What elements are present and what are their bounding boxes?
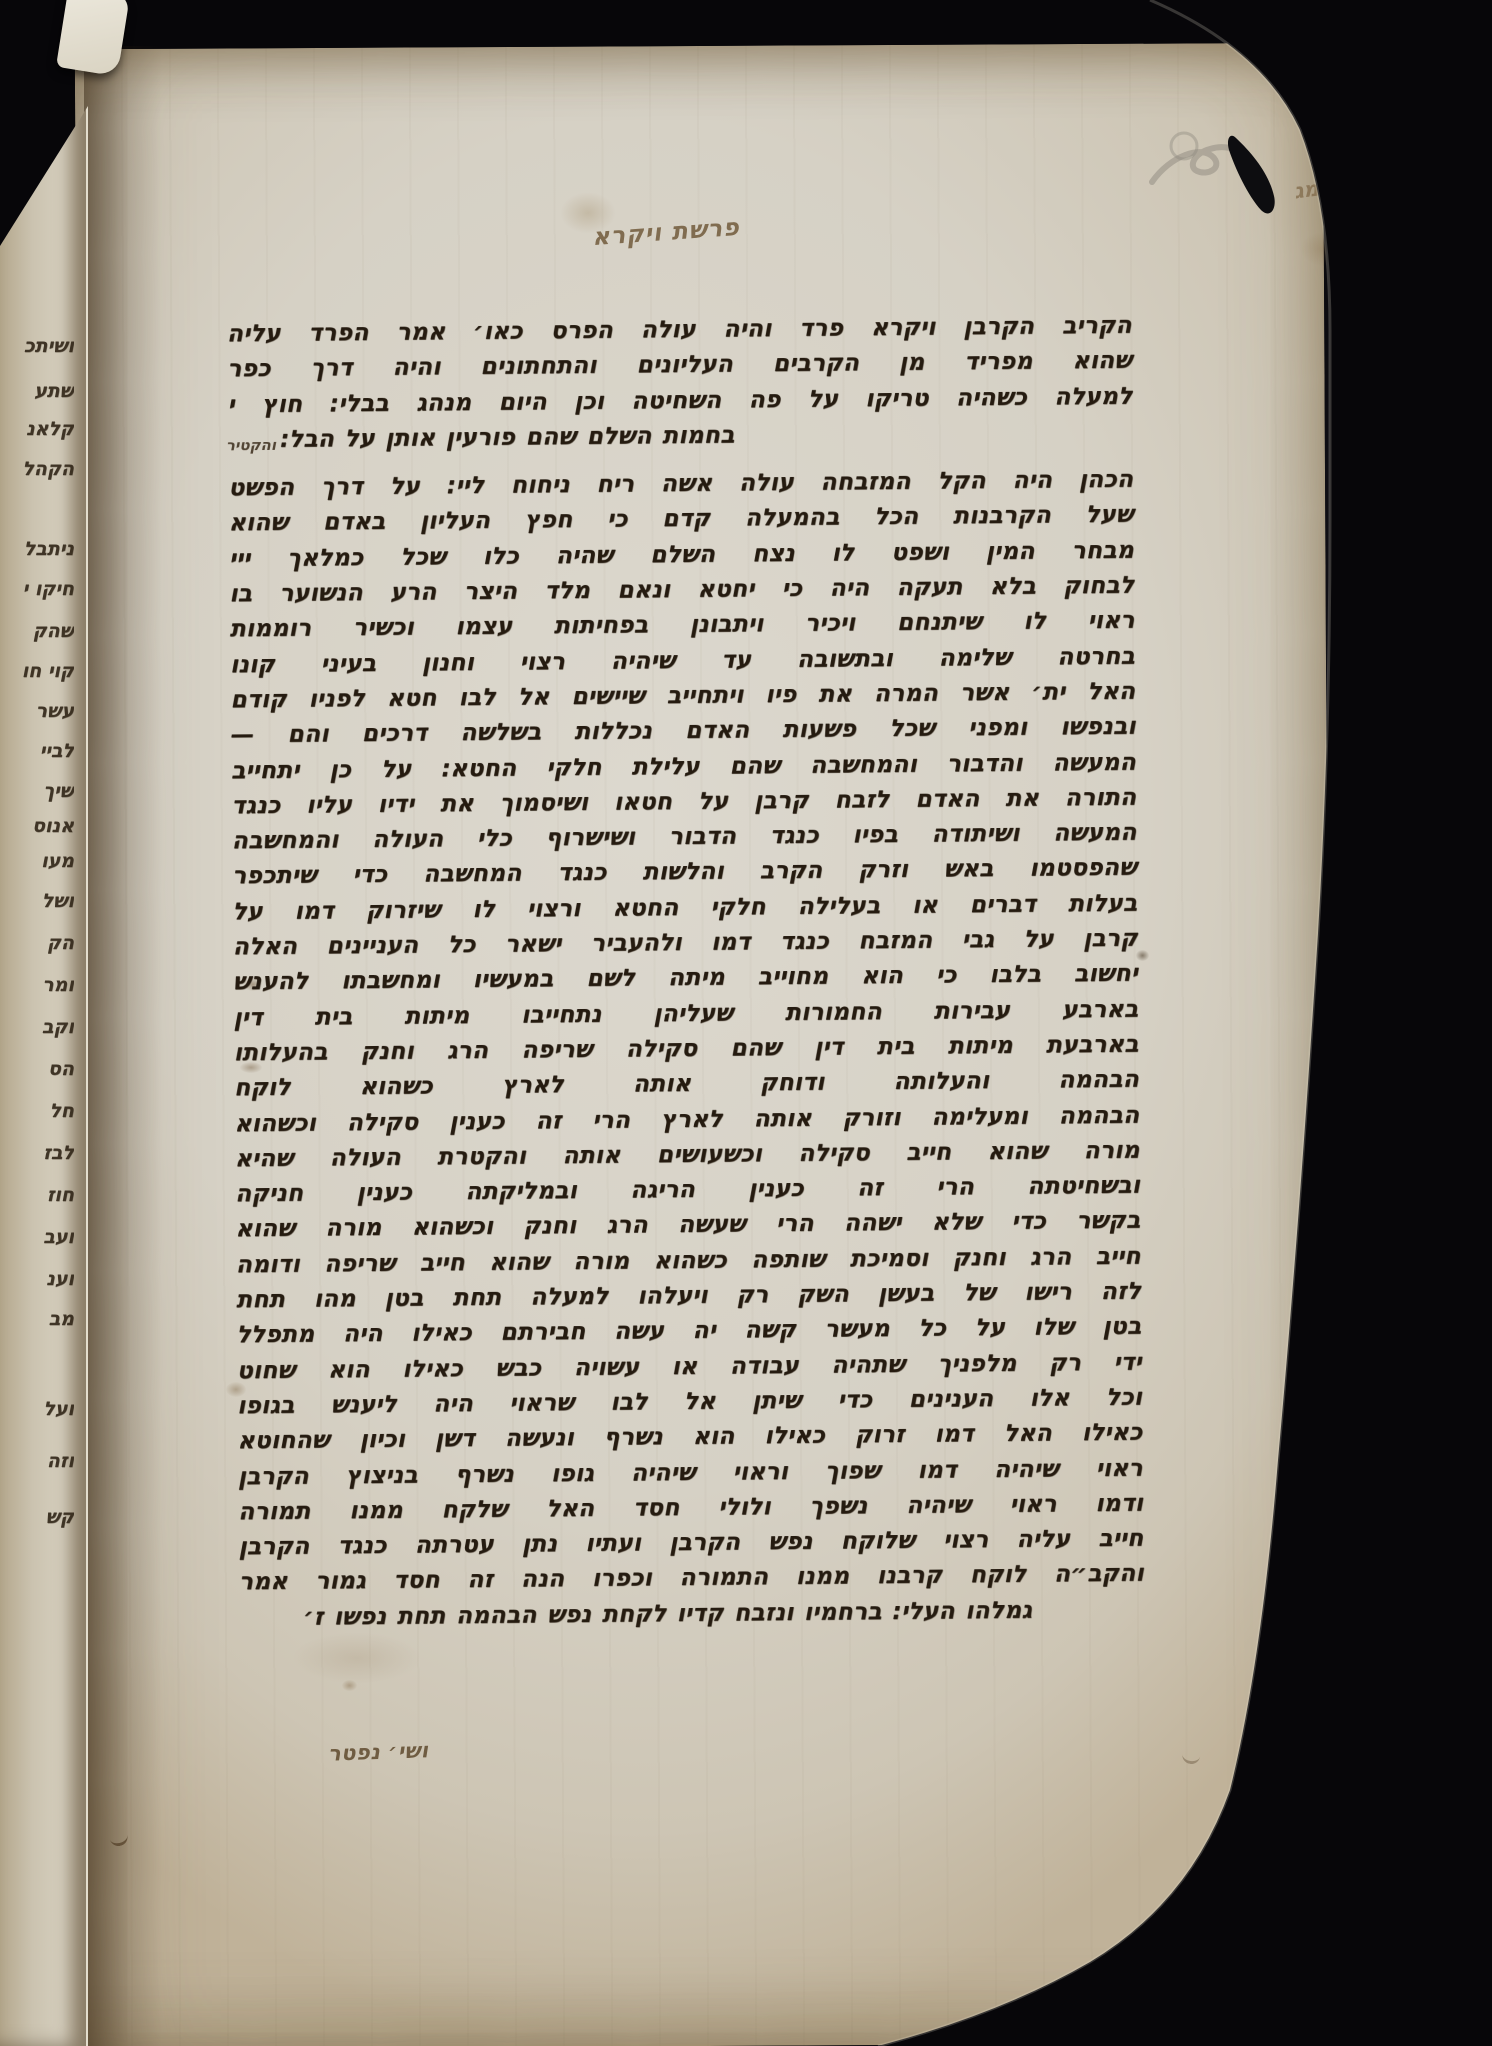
facing-page-fragments: ושיתכשתעקלאנהקהלניתבלחיקו ישהקקוי חועשרל…: [0, 0, 80, 2046]
margin-fragment: עשר: [2, 700, 74, 722]
margin-fragment: מעו: [2, 850, 74, 872]
margin-fragment: ושיתכ: [2, 335, 74, 357]
margin-fragment: שיך: [2, 780, 74, 802]
margin-fragment: וענ: [2, 1268, 74, 1290]
margin-fragment: הס: [2, 1058, 74, 1080]
margin-fragment: וזה: [2, 1450, 74, 1472]
margin-fragment: קש: [2, 1506, 74, 1528]
margin-fragment: ניתבל: [2, 538, 74, 560]
margin-fragment: ועל: [2, 1398, 74, 1420]
margin-fragment: שהק: [2, 620, 74, 642]
margin-fragment: מב: [2, 1308, 74, 1330]
photograph-backdrop: ושיתכשתעקלאנהקהלניתבלחיקו ישהקקוי חועשרל…: [0, 0, 1492, 2046]
margin-fragment: חיקו י: [2, 578, 74, 600]
margin-fragment: שתע: [2, 380, 74, 402]
margin-fragment: לביי: [2, 740, 74, 762]
margin-fragment: וקב: [2, 1016, 74, 1038]
margin-fragment: חוז: [2, 1184, 74, 1206]
tear-mark: [1118, 120, 1298, 230]
margin-fragment: ושל: [2, 890, 74, 912]
gutter-shadow: [84, 46, 162, 2046]
margin-fragment: לבז: [2, 1142, 74, 1164]
margin-fragment: קלאנ: [2, 418, 74, 440]
margin-fragment: ומר: [2, 974, 74, 996]
folio-number: מג: [1293, 177, 1320, 204]
margin-fragment: הק: [2, 932, 74, 954]
margin-addition: והקטיר: [226, 436, 276, 454]
margin-fragment: ועב: [2, 1226, 74, 1248]
margin-fragment: חל: [2, 1100, 74, 1122]
text-block: והקטיר הקריב הקרבן ויקרא פרד והיה עולה ה…: [227, 308, 1145, 1636]
margin-fragment: אנוס: [2, 815, 74, 837]
bottom-note: ושי׳ נפטר: [328, 1738, 429, 1765]
text-line: בחמות השלם שהם פורעין אותן על הבל׃: [228, 414, 1133, 458]
margin-fragment: הקהל: [2, 458, 74, 480]
margin-fragment: קוי חו: [2, 660, 74, 682]
